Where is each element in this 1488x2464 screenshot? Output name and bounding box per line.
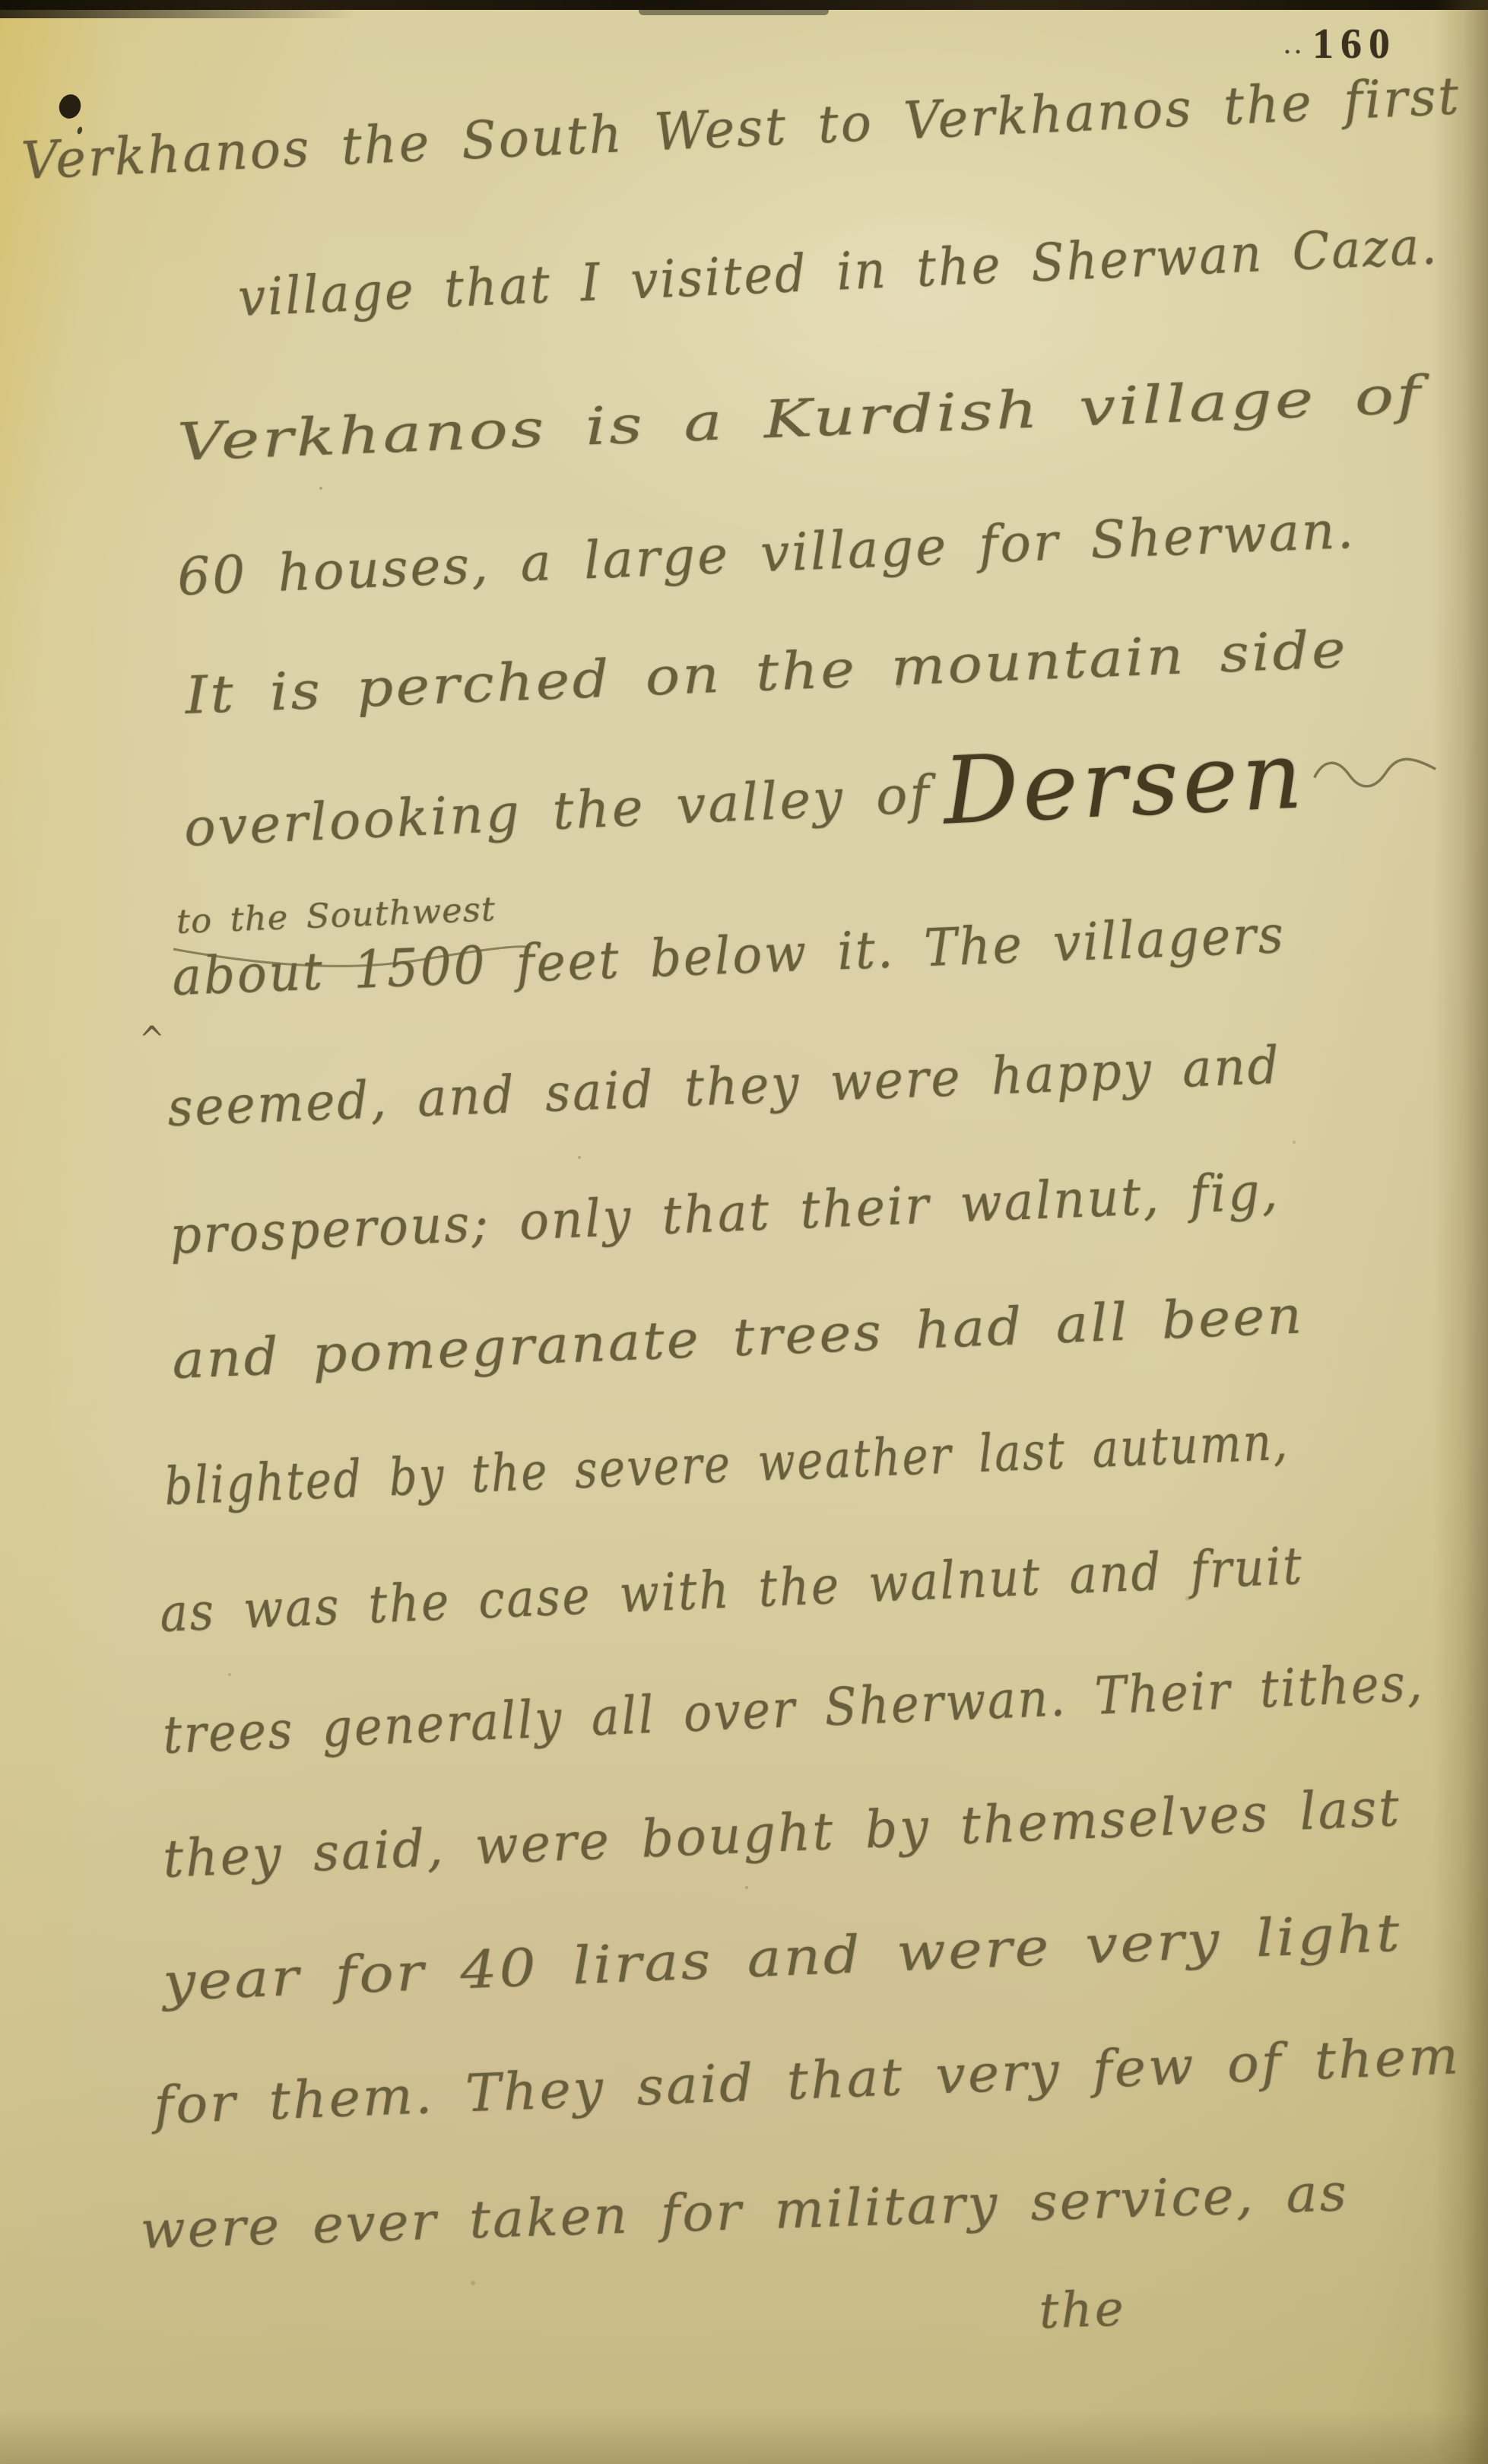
handwritten-line-16: for them. They said that very few of the… [153,2027,1461,2135]
manuscript-page: ..160 Verkhanos the South West to Verkha… [0,0,1488,2464]
handwritten-line-3: Verkhanos is a Kurdish village of [176,367,1424,472]
page-top-edge-bump-shadow [639,9,829,15]
handwritten-line-15: year for 40 liras and were very light [162,1905,1403,2013]
page-number-dots: .. [1283,26,1305,60]
page-top-edge-wedge-shadow [0,9,357,18]
ink-blot [56,91,84,121]
page-gutter-shadow [1433,0,1488,2464]
pen-flourish [1309,746,1442,790]
page-number-value: 160 [1312,21,1397,68]
interlinear-insertion: to the Southwest [176,891,497,941]
handwritten-line-11: blighted by the severe weather last autu… [163,1414,1290,1516]
handwritten-line-14: they said, were bought by themselves las… [162,1780,1402,1889]
page-bottom-shadow [0,2411,1488,2464]
handwritten-line-9: prosperous; only that their walnut, fig, [169,1163,1280,1265]
handwritten-line-10: and pomegranate trees had all been [171,1287,1305,1390]
paper-speckles [319,487,322,490]
handwritten-line-8: seemed, and said they were happy and [167,1037,1282,1138]
handwritten-line-17: were ever taken for military service, as [140,2164,1350,2260]
handwritten-line-1: Verkhanos the South West to Verkhanos th… [21,68,1462,191]
handwritten-line-5: It is perched on the mountain side [184,621,1349,726]
handwritten-line-12: as was the case with the walnut and frui… [159,1538,1305,1643]
line-6-prefix: overlooking the valley of [182,764,932,859]
page-number: ..160 [1283,20,1397,68]
insertion-caret: ^ [139,1019,165,1061]
handwritten-line-6: overlooking the valley ofDersen [182,717,1444,878]
handwritten-line-4: 60 houses, a large village for Sherwan. [176,502,1356,607]
handwritten-line-2: village that I visited in the Sherwan Ca… [237,218,1440,328]
emphasized-word-dersen: Dersen [941,721,1309,846]
handwritten-line-13: trees generally all over Sherwan. Their … [162,1655,1425,1766]
catchword: the [1038,2282,1126,2340]
